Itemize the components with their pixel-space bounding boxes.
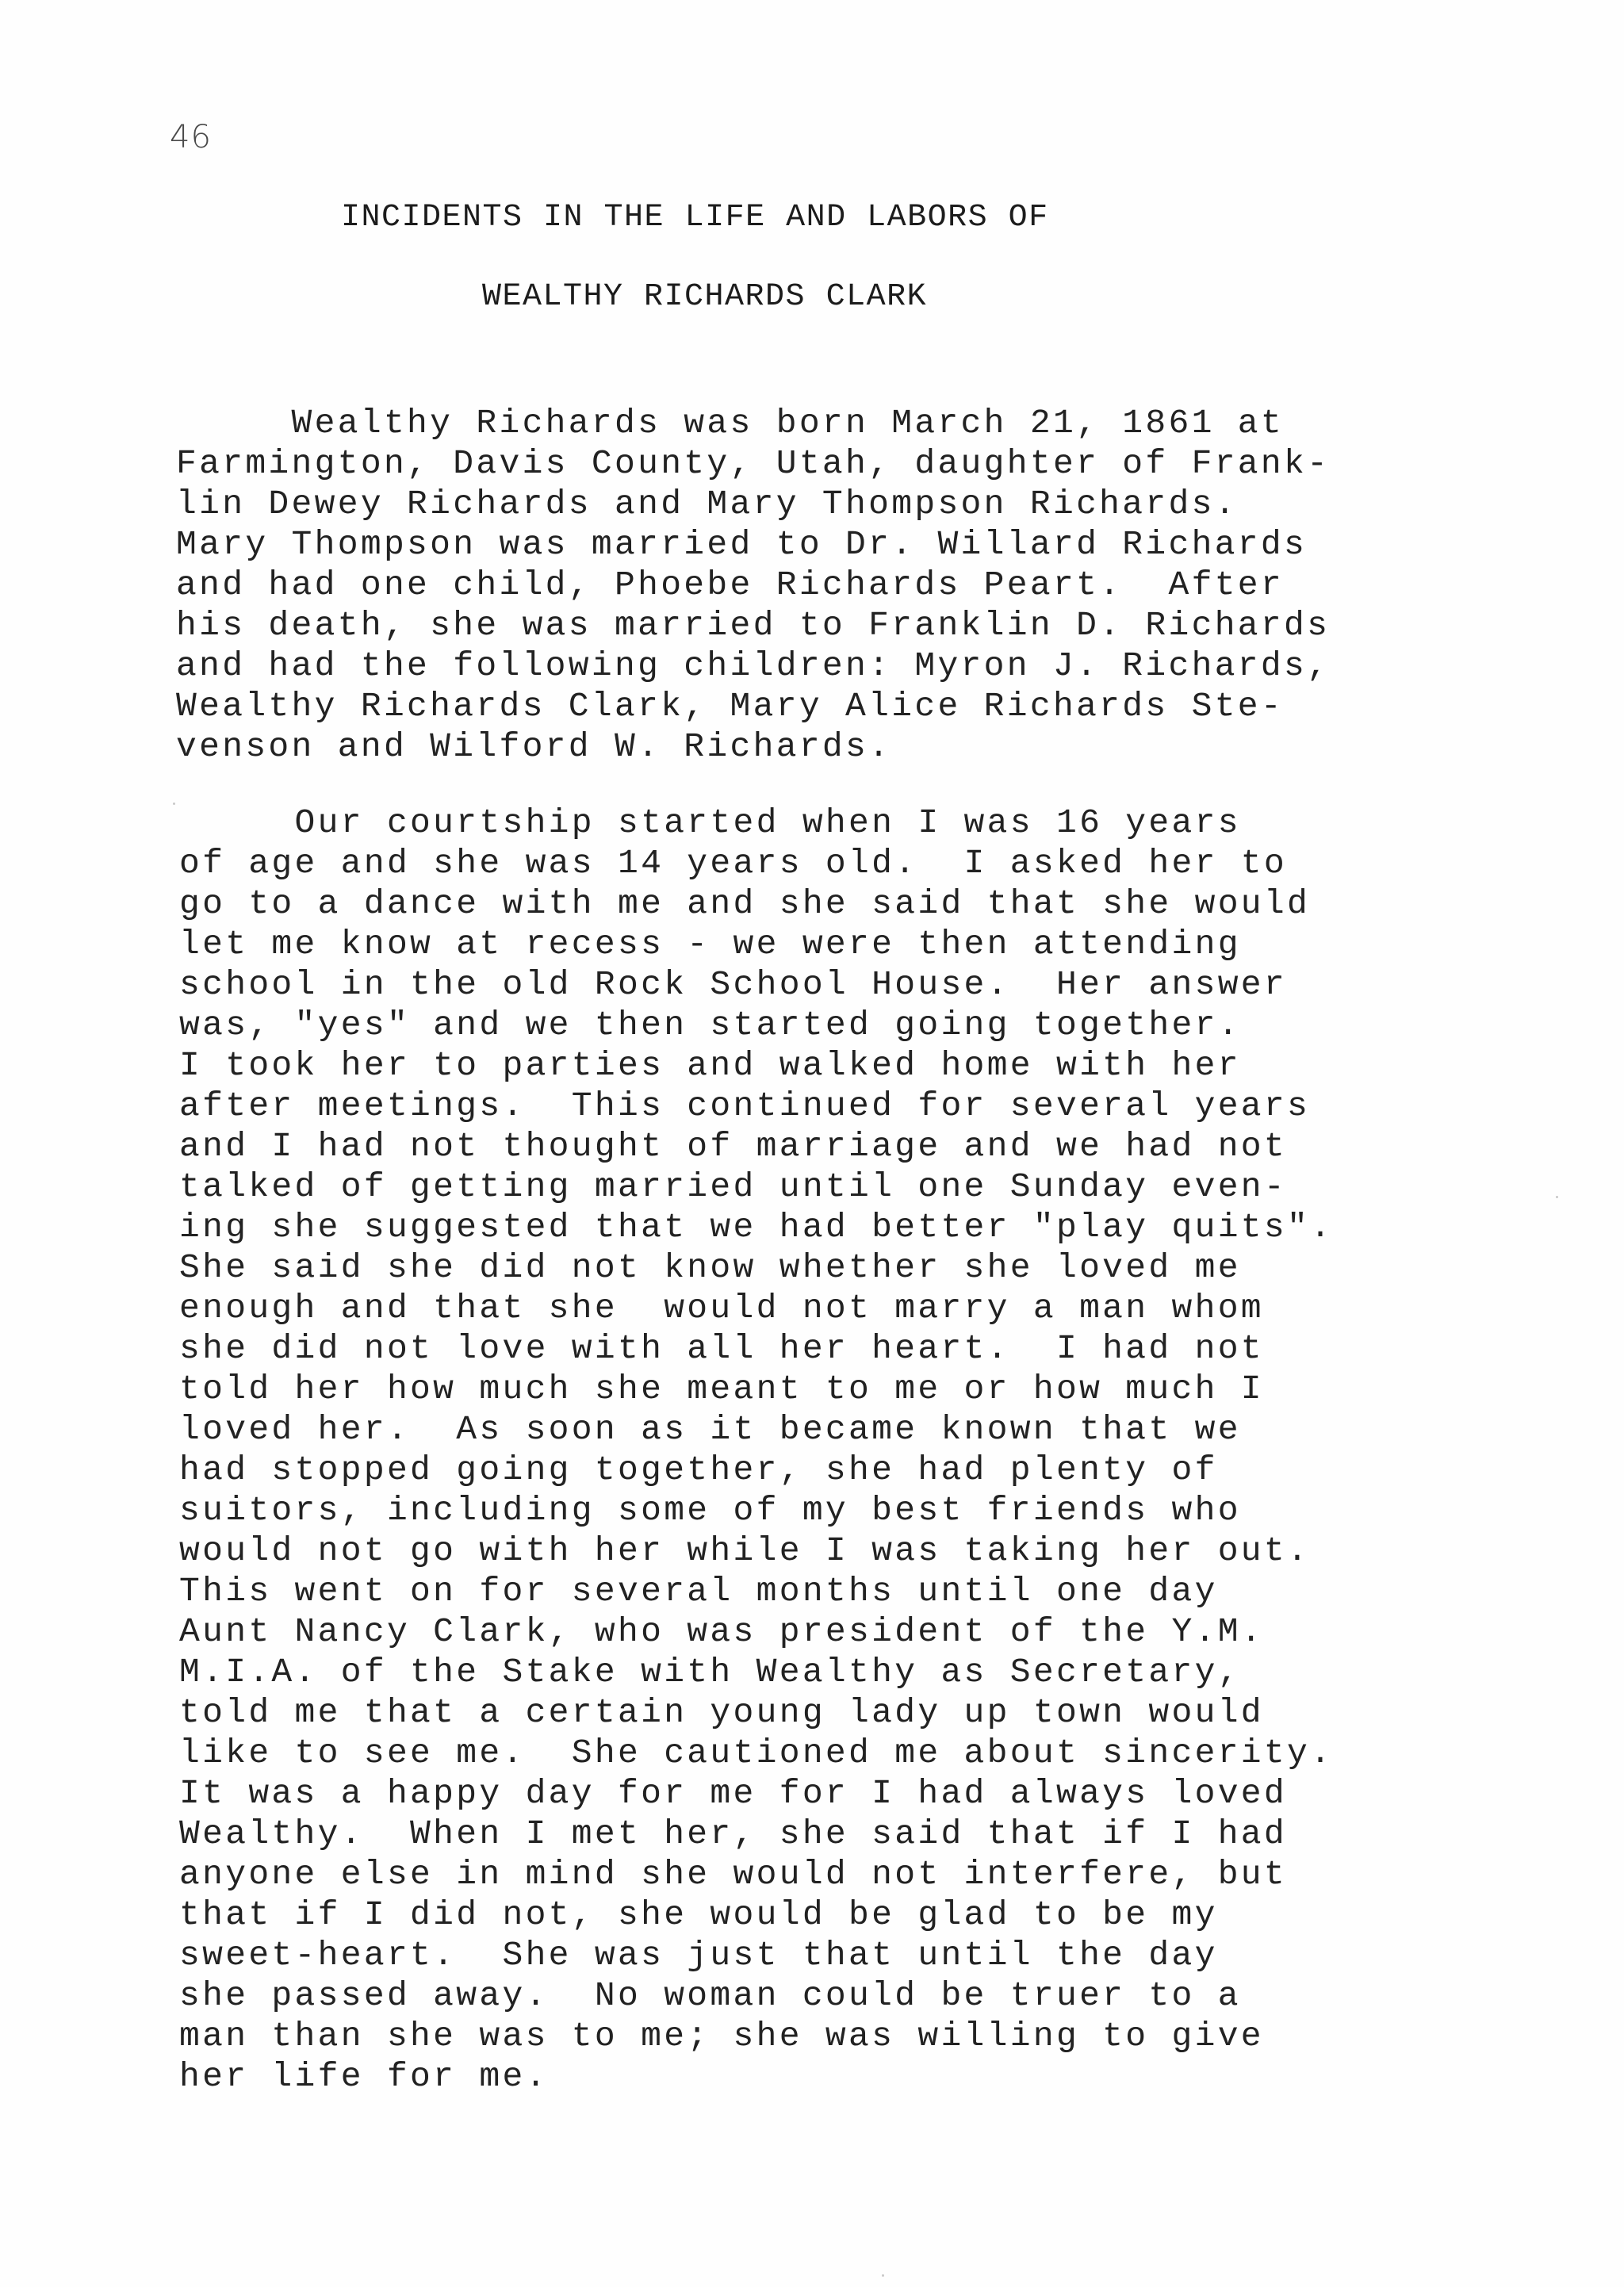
text-line: sweet-heart. She was just that until the… bbox=[179, 1935, 1333, 1975]
scan-speck bbox=[882, 2274, 884, 2277]
text-line: enough and that she would not marry a ma… bbox=[179, 1288, 1333, 1328]
document-title-line-1: INCIDENTS IN THE LIFE AND LABORS OF bbox=[341, 200, 1624, 236]
text-line: man than she was to me; she was willing … bbox=[179, 2016, 1333, 2056]
text-line: I took her to parties and walked home wi… bbox=[179, 1045, 1333, 1086]
text-line: after meetings. This continued for sever… bbox=[179, 1086, 1333, 1126]
text-line: let me know at recess - we were then att… bbox=[179, 924, 1333, 964]
text-line: she did not love with all her heart. I h… bbox=[179, 1328, 1333, 1369]
text-line: and I had not thought of marriage and we… bbox=[179, 1126, 1333, 1166]
text-line: Wealthy Richards Clark, Mary Alice Richa… bbox=[176, 686, 1330, 726]
scan-speck bbox=[173, 803, 175, 805]
paragraph-courtship: Our courtship started when I was 16 year… bbox=[179, 803, 1333, 2097]
text-line: Aunt Nancy Clark, who was president of t… bbox=[179, 1611, 1333, 1652]
document-title-line-2: WEALTHY RICHARDS CLARK bbox=[482, 279, 1624, 315]
text-line: told her how much she meant to me or how… bbox=[179, 1369, 1333, 1409]
text-line: told me that a certain young lady up tow… bbox=[179, 1692, 1333, 1733]
text-line: his death, she was married to Franklin D… bbox=[176, 605, 1330, 645]
text-line: Our courtship started when I was 16 year… bbox=[179, 803, 1333, 843]
text-line: This went on for several months until on… bbox=[179, 1571, 1333, 1611]
document-page: 46 INCIDENTS IN THE LIFE AND LABORS OF W… bbox=[0, 0, 1624, 2287]
text-line: school in the old Rock School House. Her… bbox=[179, 964, 1333, 1005]
text-line: M.I.A. of the Stake with Wealthy as Secr… bbox=[179, 1652, 1333, 1692]
text-line: her life for me. bbox=[179, 2056, 1333, 2097]
text-line: lin Dewey Richards and Mary Thompson Ric… bbox=[176, 484, 1330, 524]
text-line: and had the following children: Myron J.… bbox=[176, 645, 1330, 686]
text-line: Wealthy. When I met her, she said that i… bbox=[179, 1814, 1333, 1854]
paragraph-family-background: Wealthy Richards was born March 21, 1861… bbox=[176, 403, 1330, 767]
text-line: Farmington, Davis County, Utah, daughter… bbox=[176, 443, 1330, 484]
text-line: like to see me. She cautioned me about s… bbox=[179, 1733, 1333, 1773]
text-line: She said she did not know whether she lo… bbox=[179, 1247, 1333, 1288]
text-line: anyone else in mind she would not interf… bbox=[179, 1854, 1333, 1894]
text-line: ing she suggested that we had better "pl… bbox=[179, 1207, 1333, 1247]
text-line: It was a happy day for me for I had alwa… bbox=[179, 1773, 1333, 1814]
text-line: would not go with her while I was taking… bbox=[179, 1530, 1333, 1571]
text-line: she passed away. No woman could be truer… bbox=[179, 1975, 1333, 2016]
text-line: go to a dance with me and she said that … bbox=[179, 883, 1333, 924]
text-line: that if I did not, she would be glad to … bbox=[179, 1894, 1333, 1935]
text-line: of age and she was 14 years old. I asked… bbox=[179, 843, 1333, 883]
text-line: venson and Wilford W. Richards. bbox=[176, 726, 1330, 767]
text-line: loved her. As soon as it became known th… bbox=[179, 1409, 1333, 1450]
scan-speck bbox=[1556, 1196, 1558, 1198]
text-line: talked of getting married until one Sund… bbox=[179, 1166, 1333, 1207]
text-line: Wealthy Richards was born March 21, 1861… bbox=[176, 403, 1330, 443]
text-line: and had one child, Phoebe Richards Peart… bbox=[176, 565, 1330, 605]
text-line: had stopped going together, she had plen… bbox=[179, 1450, 1333, 1490]
text-line: suitors, including some of my best frien… bbox=[179, 1490, 1333, 1530]
text-line: was, "yes" and we then started going tog… bbox=[179, 1005, 1333, 1045]
page-number: 46 bbox=[170, 119, 212, 155]
text-line: Mary Thompson was married to Dr. Willard… bbox=[176, 524, 1330, 565]
